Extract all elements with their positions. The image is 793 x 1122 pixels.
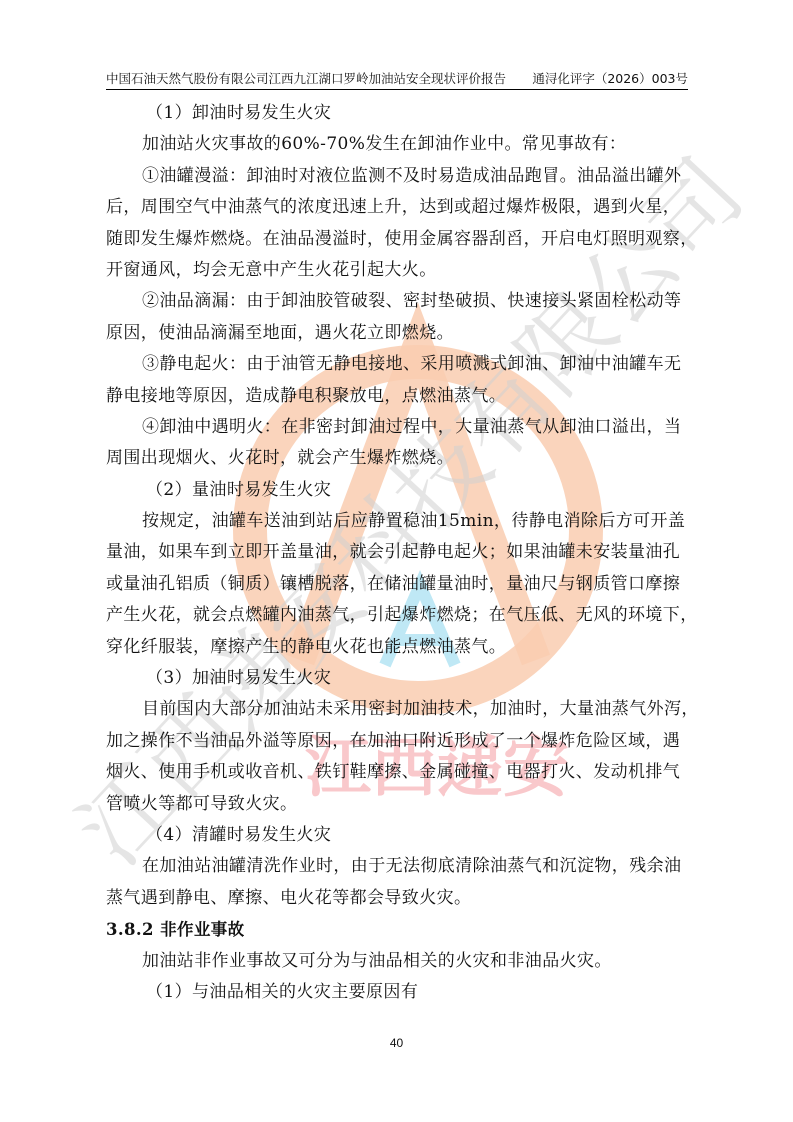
paragraph-line: 蒸气遇到静电、摩擦、电火花等都会导致火灾。	[106, 883, 696, 914]
paragraph-line: ②油品滴漏：由于卸油胶管破裂、密封垫破损、快速接头紧固栓松动等	[106, 286, 696, 317]
paragraph-line: 或量油孔铝质（铜质）镶槽脱落，在储油罐量油时，量油尺与钢质管口摩擦	[106, 569, 696, 600]
paragraph-line: ①油罐漫溢：卸油时对液位监测不及时易造成油品跑冒。油品溢出罐外	[106, 161, 696, 192]
header-report-number: 通浔化评字（2026）003号	[532, 69, 688, 89]
header-report-title: 中国石油天然气股份有限公司江西九江湖口罗岭加油站安全现状评价报告	[106, 69, 506, 89]
paragraph-line: 加油站非作业事故又可分为与油品相关的火灾和非油品火灾。	[106, 946, 696, 977]
paragraph-line: 周围出现烟火、火花时，就会产生爆炸燃烧。	[106, 443, 696, 474]
subheading-unloading-fire: （1）卸油时易发生火灾	[106, 98, 696, 129]
paragraph-line: 原因，使油品滴漏至地面，遇火花立即燃烧。	[106, 318, 696, 349]
subheading-tank-cleaning-fire: （4）清罐时易发生火灾	[106, 820, 696, 851]
page-number: 40	[0, 1036, 793, 1050]
paragraph-line: 烟火、使用手机或收音机、铁钉鞋摩擦、金属碰撞、电器打火、发动机排气	[106, 757, 696, 788]
paragraph-line: 目前国内大部分加油站未采用密封加油技术，加油时，大量油蒸气外泻，	[106, 694, 696, 725]
subheading-measuring-fire: （2）量油时易发生火灾	[106, 475, 696, 506]
page-header: 中国石油天然气股份有限公司江西九江湖口罗岭加油站安全现状评价报告 通浔化评字（2…	[106, 67, 688, 90]
paragraph-line: 静电接地等原因，造成静电积聚放电，点燃油蒸气。	[106, 381, 696, 412]
subheading-oil-related-fire: （1）与油品相关的火灾主要原因有	[106, 977, 696, 1008]
paragraph-line: 量油，如果车到立即开盖量油，就会引起静电起火；如果油罐未安装量油孔	[106, 537, 696, 568]
paragraph-line: 随即发生爆炸燃烧。在油品漫溢时，使用金属容器刮舀，开启电灯照明观察，	[106, 224, 696, 255]
section-heading-3-8-2: 3.8.2 非作业事故	[106, 914, 696, 945]
paragraph-line: 开窗通风，均会无意中产生火花引起大火。	[106, 255, 696, 286]
paragraph-line: ③静电起火：由于油管无静电接地、采用喷溅式卸油、卸油中油罐车无	[106, 349, 696, 380]
subheading-refueling-fire: （3）加油时易发生火灾	[106, 663, 696, 694]
paragraph-line: ④卸油中遇明火：在非密封卸油过程中，大量油蒸气从卸油口溢出，当	[106, 412, 696, 443]
paragraph-line: 按规定，油罐车送油到站后应静置稳油15min，待静电消除后方可开盖	[106, 506, 696, 537]
paragraph-line: 穿化纤服装，摩擦产生的静电火花也能点燃油蒸气。	[106, 632, 696, 663]
paragraph-line: 在加油站油罐清洗作业时，由于无法彻底清除油蒸气和沉淀物，残余油	[106, 851, 696, 882]
document-body: （1）卸油时易发生火灾 加油站火灾事故的60%-70%发生在卸油作业中。常见事故…	[106, 98, 696, 1008]
paragraph-line: 产生火花，就会点燃罐内油蒸气，引起爆炸燃烧；在气压低、无风的环境下，	[106, 600, 696, 631]
paragraph-line: 后，周围空气中油蒸气的浓度迅速上升，达到或超过爆炸极限，遇到火星，	[106, 192, 696, 223]
paragraph-line: 加油站火灾事故的60%-70%发生在卸油作业中。常见事故有：	[106, 129, 696, 160]
paragraph-line: 加之操作不当油品外溢等原因，在加油口附近形成了一个爆炸危险区域，遇	[106, 726, 696, 757]
paragraph-line: 管喷火等都可导致火灾。	[106, 789, 696, 820]
